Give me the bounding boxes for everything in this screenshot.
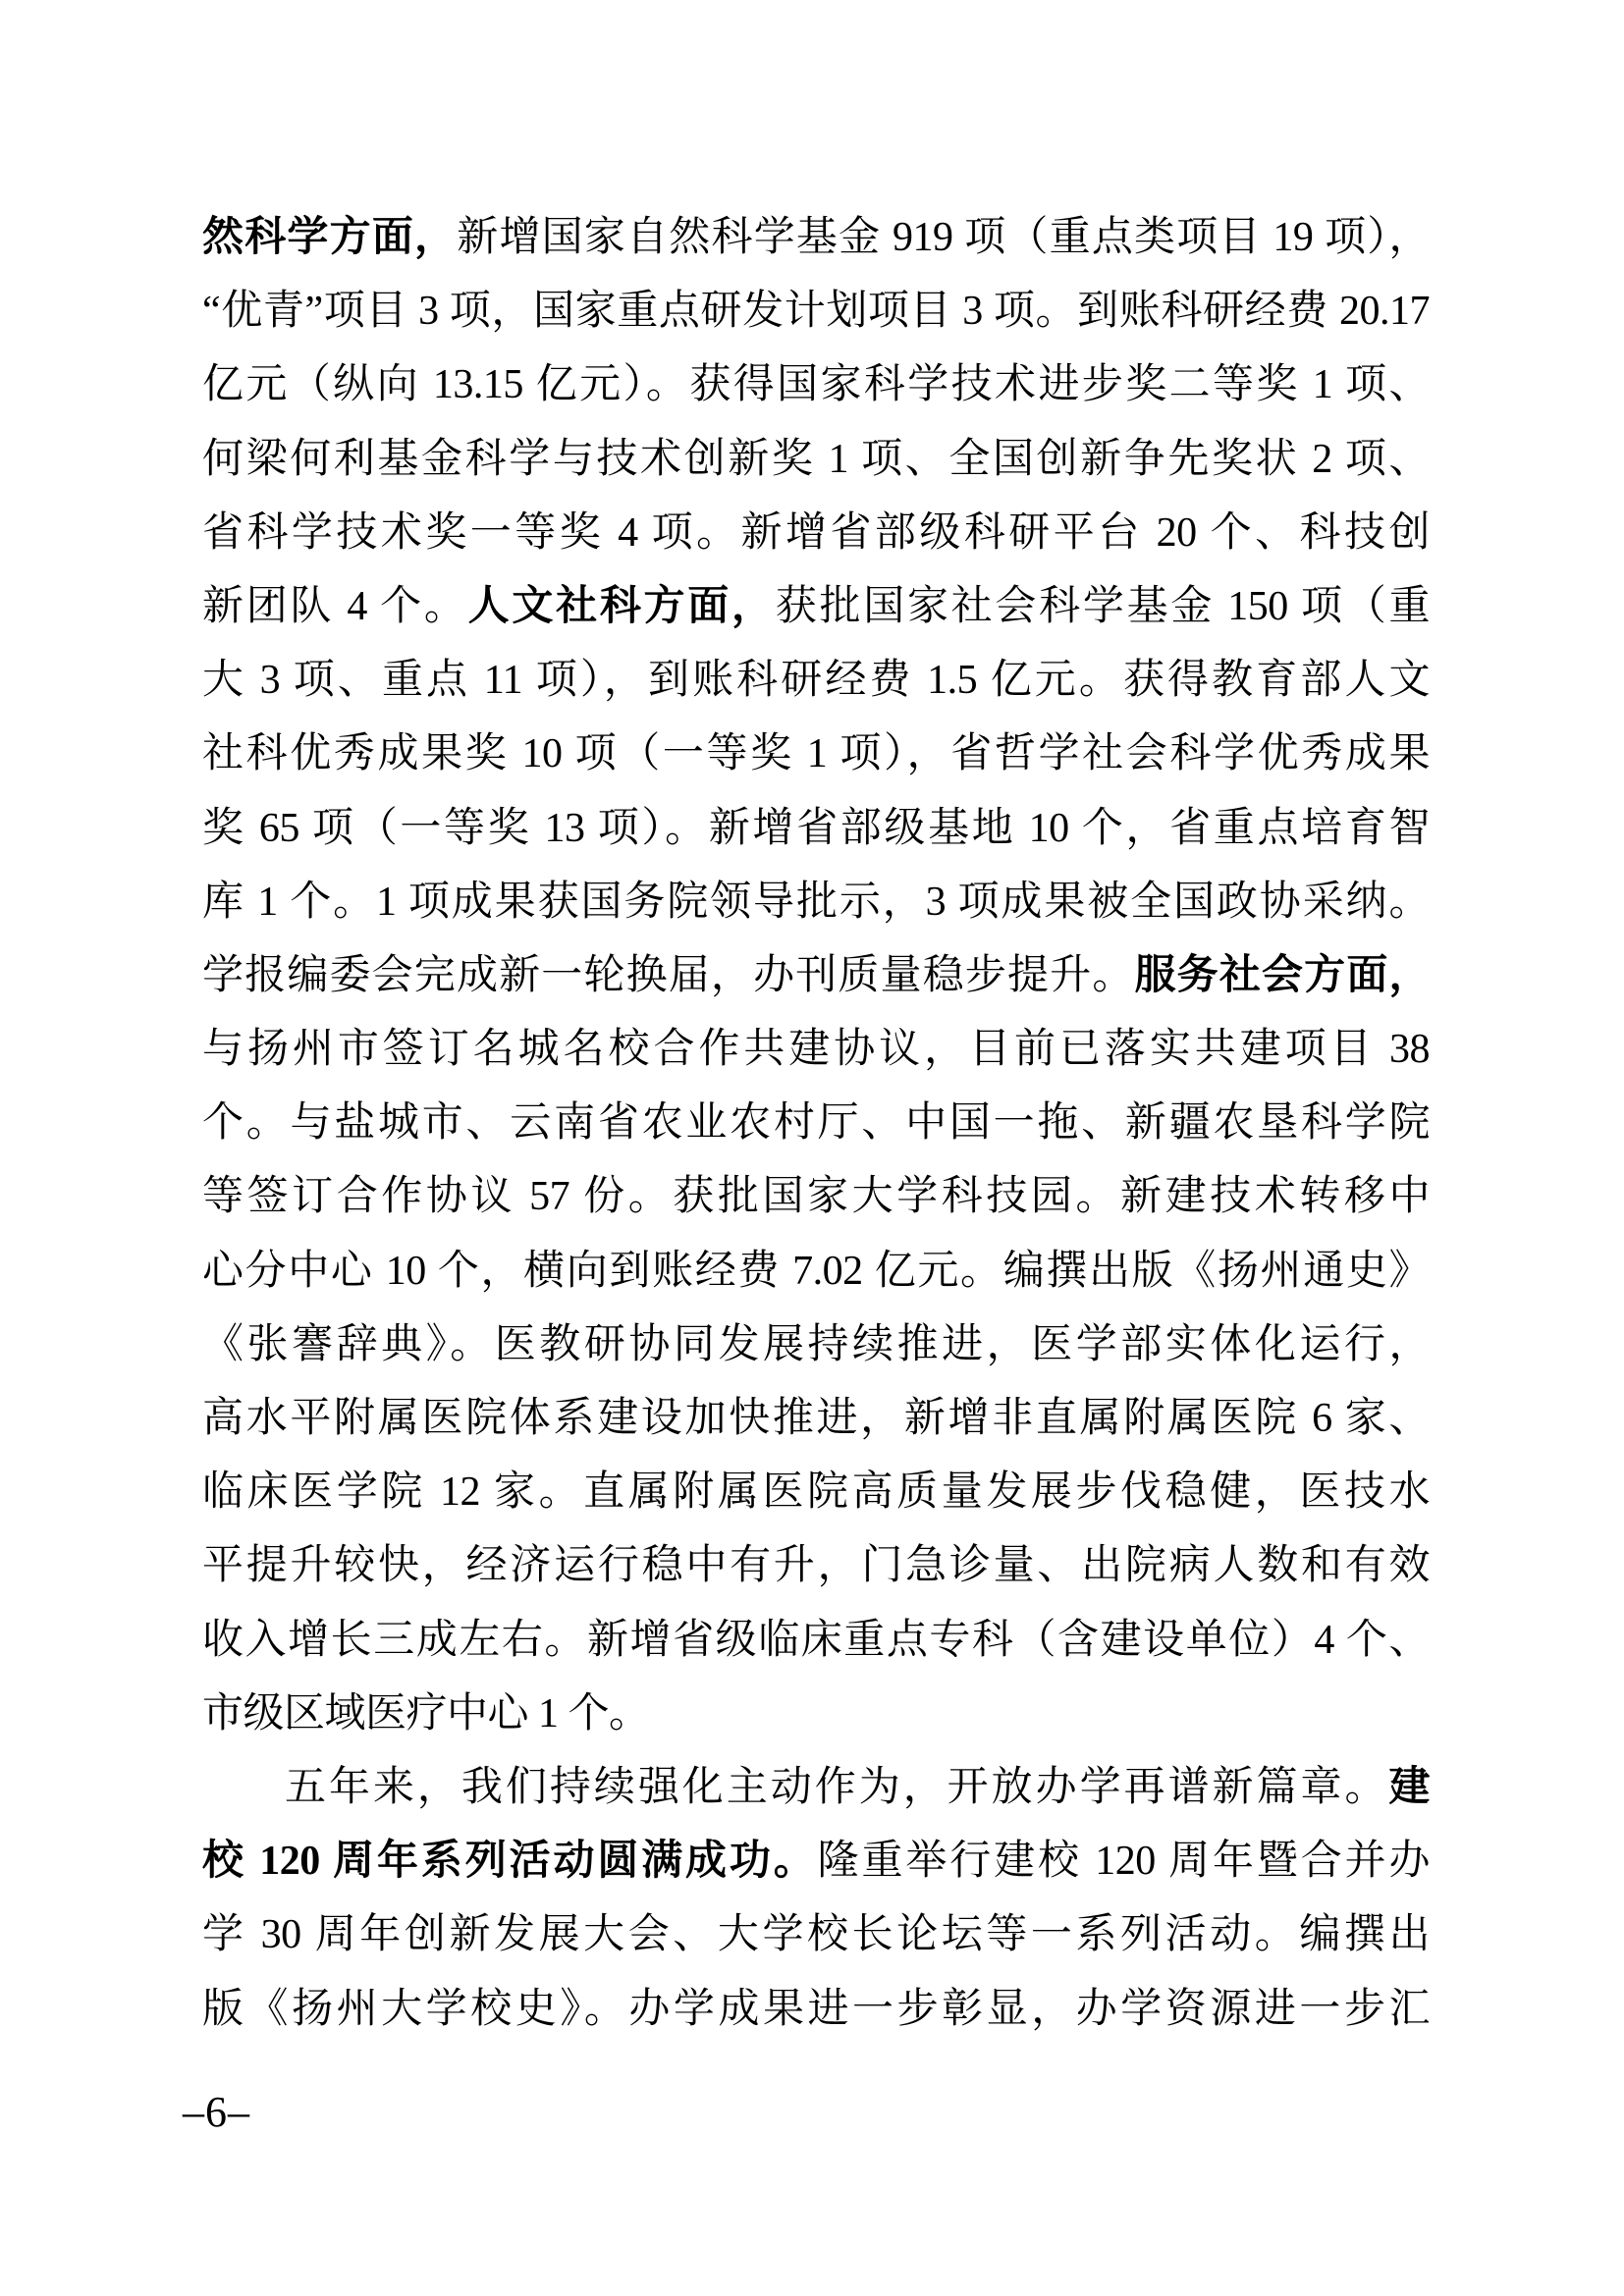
text-segment: 版《扬州大学校史》。办学成果进一步彰显，办学资源进一步汇 [202, 1987, 1430, 2032]
text-line: 个。与盐城市、云南省农业农村厅、中国一拖、新疆农垦科学院 [202, 1087, 1430, 1160]
text-segment: 个。与盐城市、云南省农业农村厅、中国一拖、新疆农垦科学院 [202, 1100, 1430, 1146]
text-line: 亿元（纵向 13.15 亿元）。获得国家科学技术进步奖二等奖 1 项、 [202, 348, 1430, 422]
text-line: 奖 65 项（一等奖 13 项）。新增省部级基地 10 个，省重点培育智 [202, 792, 1430, 866]
text-segment: 大 3 项、重点 11 项），到账科研经费 1.5 亿元。获得教育部人文 [202, 658, 1430, 703]
text-segment: 新团队 4 个。 [202, 584, 468, 629]
text-line: 校 120 周年系列活动圆满成功。隆重举行建校 120 周年暨合并办 [202, 1825, 1430, 1898]
text-line: 五年来，我们持续强化主动作为，开放办学再谱新篇章。建 [202, 1751, 1430, 1825]
bold-text-segment: 校 120 周年系列活动圆满成功。 [202, 1839, 818, 1884]
text-line: 学报编委会完成新一轮换届，办刊质量稳步提升。服务社会方面， [202, 939, 1430, 1013]
text-segment: 学 30 周年创新发展大会、大学校长论坛等一系列活动。编撰出 [202, 1912, 1430, 1957]
text-segment: “优青”项目 3 项，国家重点研发计划项目 3 项。到账科研经费 20.17 [202, 289, 1430, 334]
document-body: 然科学方面，新增国家自然科学基金 919 项（重点类项目 19 项），“优青”项… [202, 201, 1430, 2047]
text-segment: 临床医学院 12 家。直属附属医院高质量发展步伐稳健，医技水 [202, 1469, 1430, 1515]
text-segment: 五年来，我们持续强化主动作为，开放办学再谱新篇章。 [285, 1765, 1388, 1810]
bold-text-segment: 然科学方面， [202, 215, 457, 260]
text-line: 省科学技术奖一等奖 4 项。新增省部级科研平台 20 个、科技创 [202, 497, 1430, 570]
bold-text-segment: 建 [1388, 1765, 1430, 1810]
text-segment: 学报编委会完成新一轮换届，办刊质量稳步提升。 [202, 953, 1135, 998]
text-line: 大 3 项、重点 11 项），到账科研经费 1.5 亿元。获得教育部人文 [202, 644, 1430, 718]
bold-text-segment: 服务社会方面， [1135, 953, 1430, 998]
page-number: –6– [183, 2087, 250, 2138]
document-page: 然科学方面，新增国家自然科学基金 919 项（重点类项目 19 项），“优青”项… [0, 0, 1624, 2296]
text-segment: 等签订合作协议 57 份。获批国家大学科技园。新建技术转移中 [202, 1174, 1430, 1219]
text-segment: 何梁何利基金科学与技术创新奖 1 项、全国创新争先奖状 2 项、 [202, 437, 1430, 482]
text-line: 市级区域医疗中心 1 个。 [202, 1678, 1430, 1751]
text-segment: 奖 65 项（一等奖 13 项）。新增省部级基地 10 个，省重点培育智 [202, 806, 1430, 851]
text-segment: 库 1 个。1 项成果获国务院领导批示，3 项成果被全国政协采纳。 [202, 880, 1430, 925]
text-line: 《张謇辞典》。医教研协同发展持续推进，医学部实体化运行， [202, 1308, 1430, 1382]
text-segment: 与扬州市签订名城名校合作共建协议，目前已落实共建项目 38 [202, 1027, 1430, 1072]
text-line: 平提升较快，经济运行稳中有升，门急诊量、出院病人数和有效 [202, 1529, 1430, 1603]
text-segment: 心分中心 10 个，横向到账经费 7.02 亿元。编撰出版《扬州通史》 [202, 1249, 1430, 1294]
text-line: 社科优秀成果奖 10 项（一等奖 1 项），省哲学社会科学优秀成果 [202, 718, 1430, 791]
text-line: “优青”项目 3 项，国家重点研发计划项目 3 项。到账科研经费 20.17 [202, 275, 1430, 348]
text-line: 版《扬州大学校史》。办学成果进一步彰显，办学资源进一步汇 [202, 1973, 1430, 2047]
bold-text-segment: 人文社科方面， [468, 584, 776, 629]
text-segment: 亿元（纵向 13.15 亿元）。获得国家科学技术进步奖二等奖 1 项、 [202, 362, 1430, 407]
text-line: 临床医学院 12 家。直属附属医院高质量发展步伐稳健，医技水 [202, 1456, 1430, 1529]
text-segment: 社科优秀成果奖 10 项（一等奖 1 项），省哲学社会科学优秀成果 [202, 731, 1430, 776]
text-segment: 隆重举行建校 120 周年暨合并办 [818, 1839, 1430, 1884]
text-segment: 省科学技术奖一等奖 4 项。新增省部级科研平台 20 个、科技创 [202, 510, 1430, 556]
text-line: 与扬州市签订名城名校合作共建协议，目前已落实共建项目 38 [202, 1013, 1430, 1087]
text-line: 高水平附属医院体系建设加快推进，新增非直属附属医院 6 家、 [202, 1382, 1430, 1456]
text-segment: 高水平附属医院体系建设加快推进，新增非直属附属医院 6 家、 [202, 1396, 1430, 1441]
text-line: 然科学方面，新增国家自然科学基金 919 项（重点类项目 19 项）， [202, 201, 1430, 275]
text-line: 库 1 个。1 项成果获国务院领导批示，3 项成果被全国政协采纳。 [202, 866, 1430, 939]
text-line: 等签订合作协议 57 份。获批国家大学科技园。新建技术转移中 [202, 1160, 1430, 1234]
text-line: 收入增长三成左右。新增省级临床重点专科（含建设单位）4 个、 [202, 1604, 1430, 1678]
text-segment: 平提升较快，经济运行稳中有升，门急诊量、出院病人数和有效 [202, 1543, 1430, 1588]
text-line: 何梁何利基金科学与技术创新奖 1 项、全国创新争先奖状 2 项、 [202, 423, 1430, 497]
text-segment: 获批国家社会科学基金 150 项（重 [776, 584, 1430, 629]
text-line: 心分中心 10 个，横向到账经费 7.02 亿元。编撰出版《扬州通史》 [202, 1235, 1430, 1308]
text-line: 新团队 4 个。人文社科方面，获批国家社会科学基金 150 项（重 [202, 570, 1430, 644]
text-segment: 新增国家自然科学基金 919 项（重点类项目 19 项）， [457, 215, 1430, 260]
text-line: 学 30 周年创新发展大会、大学校长论坛等一系列活动。编撰出 [202, 1898, 1430, 1972]
text-segment: 市级区域医疗中心 1 个。 [202, 1691, 650, 1736]
text-segment: 收入增长三成左右。新增省级临床重点专科（含建设单位）4 个、 [202, 1618, 1430, 1663]
text-segment: 《张謇辞典》。医教研协同发展持续推进，医学部实体化运行， [202, 1322, 1430, 1367]
